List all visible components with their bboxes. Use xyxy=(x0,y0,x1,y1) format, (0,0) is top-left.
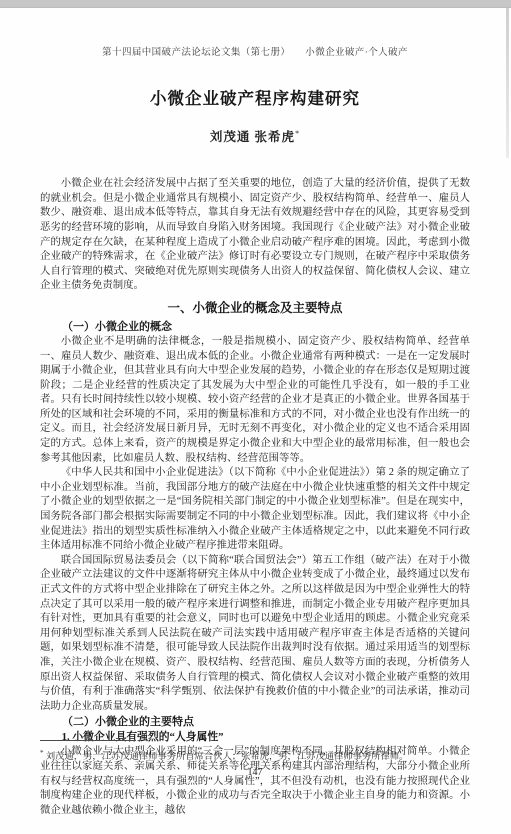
footnote-body: 刘茂通，男，江苏茂通律师事务所首席合伙人；张希虎，男，江苏茂通律师事务所律师。 xyxy=(46,752,409,762)
intro-paragraph: 小微企业在社会经济发展中占据了至关重要的地位，创造了大量的经济价值，提供了无数的… xyxy=(40,177,470,294)
subsection-1-heading: （一）小微企业的概念 xyxy=(40,320,470,335)
author-footnote-mark: * xyxy=(295,129,300,138)
author-names: 刘茂通 张希虎 xyxy=(210,130,295,144)
subsection-2-heading: （二）小微企业的主要特点 xyxy=(40,715,470,730)
running-header: 第十四届中国破产法论坛论文集（第七册） 小微企业破产·个人破产 xyxy=(40,47,470,59)
page-number: 147 xyxy=(40,766,470,779)
section-1-heading: 一、小微企业的概念及主要特点 xyxy=(40,300,470,316)
authors-line: 刘茂通 张希虎* xyxy=(40,126,470,145)
footnote-text: * 刘茂通，男，江苏茂通律师事务所首席合伙人；张希虎，男，江苏茂通律师事务所律师… xyxy=(40,747,470,763)
concept-paragraph-1: 小微企业不是明确的法律概念，一般是指规模小、固定资产少、股权结构简单、经营单一、… xyxy=(40,335,470,466)
paper-title: 小微企业破产程序构建研究 xyxy=(40,89,470,109)
page-content: 第十四届中国破产法论坛论文集（第七册） 小微企业破产·个人破产 小微企业破产程序… xyxy=(0,0,511,818)
footnote-block: * 刘茂通，男，江苏茂通律师事务所首席合伙人；张希虎，男，江苏茂通律师事务所律师… xyxy=(40,740,470,779)
scanned-page: 第十四届中国破产法论坛论文集（第七册） 小微企业破产·个人破产 小微企业破产程序… xyxy=(0,0,511,834)
concept-paragraph-3: 联合国国际贸易法委员会（以下简称“联合国贸法会”）第五工作组（破产法）在对于小微… xyxy=(40,554,470,715)
footnote-mark: * xyxy=(40,749,44,757)
concept-paragraph-2: 《中华人民共和国中小企业促进法》（以下简称《中小企业促进法》）第 2 条的规定确… xyxy=(40,466,470,554)
footnote-divider-rule xyxy=(40,740,136,741)
